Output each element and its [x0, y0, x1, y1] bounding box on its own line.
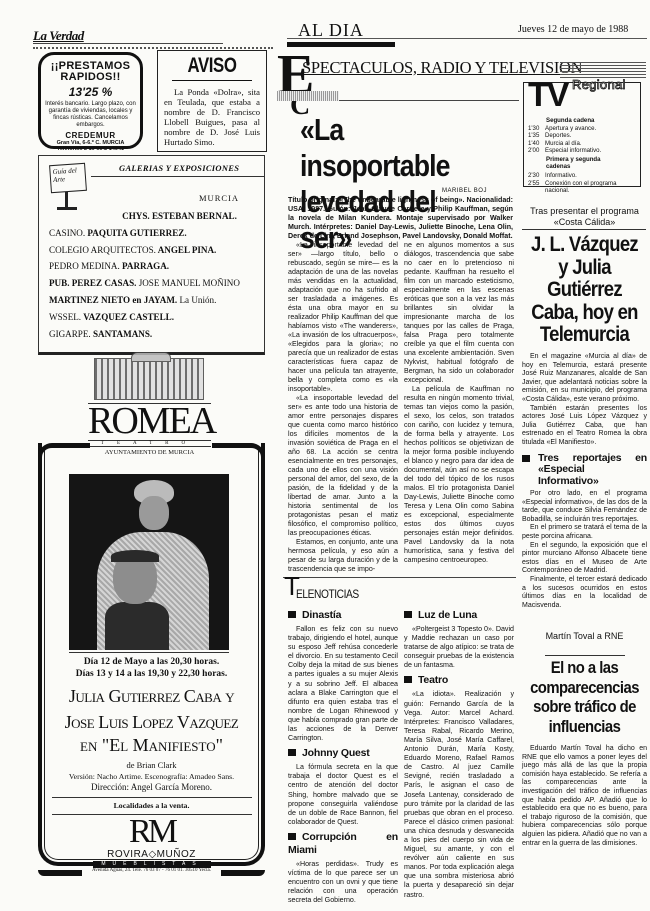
dateline: Jueves 12 de mayo de 1988	[518, 24, 628, 35]
list-item: CHYS. ESTEBAN BERNAL.	[49, 208, 264, 225]
sponsor-address: Avenida Aguas, 24. Telé. 76 03 07 - 76 0…	[82, 868, 221, 873]
film-credits: Título original: «The unbearable lightne…	[288, 196, 513, 241]
frame-bar-right	[221, 870, 265, 876]
show-dates: Día 12 de Mayo a las 20,30 horas. Días 1…	[44, 656, 259, 680]
ad-details: Interés bancario. Largo plazo, con garan…	[41, 101, 140, 129]
frame-bar-left	[38, 870, 82, 876]
kicker-rule	[522, 229, 646, 230]
galleries-listing: Guía del Arte GALERIAS Y EXPOSICIONES MU…	[38, 155, 265, 355]
galleries-city: MURCIA	[199, 193, 239, 203]
story-body: En el magazine «Murcia al día» de hoy en…	[522, 353, 647, 610]
ad-phones: Teléfonos 2 10 66-2 14941	[41, 146, 140, 152]
schedule-row: 2'00Especial informativo.	[528, 147, 638, 154]
prestamos-ad: ¡¡PRESTAMOS RAPIDOS!! 13'25 % Interés ba…	[38, 52, 143, 149]
show-director: Dirección: Angel García Moreno.	[44, 782, 259, 792]
channel-label: Segunda cadena	[528, 117, 638, 124]
program-heading: Corrupción en Miami	[288, 831, 398, 857]
channel-label: Primera y segunda cadenas	[528, 156, 608, 170]
telenoticias-title: ELENOTICIAS	[296, 587, 359, 601]
bullet-square-icon	[288, 749, 296, 756]
schedule-row: 2'55Conexión con el programa nacional.	[528, 180, 638, 194]
bullet-square-icon	[288, 611, 296, 618]
show-credits: Versión: Nacho Artime. Escenografía: Ama…	[44, 772, 259, 781]
bullet-square-icon	[522, 455, 530, 462]
section-rule	[287, 38, 647, 39]
art-guide-sign-icon: Guía del Arte	[49, 163, 87, 193]
newspaper-logo: La Verdad	[33, 28, 84, 44]
article-column-2: ne en algunos momentos a sus diálogos, t…	[404, 241, 514, 565]
story-subhead: Tres reportajes en «Especial Informativo…	[522, 453, 647, 488]
romea-rule	[52, 797, 252, 798]
schedule-row: 1'30Apertura y avance.	[528, 125, 638, 132]
frame-corner-left	[38, 443, 90, 459]
program-heading: Dinastía	[288, 609, 398, 622]
bullet-square-icon	[404, 676, 412, 683]
list-item: COLEGIO ARQUITECTOS. ANGEL PINA.	[49, 242, 264, 259]
story-kicker: Tras presentar el programa «Costa Cálida…	[522, 206, 647, 228]
galleries-list: CHYS. ESTEBAN BERNAL. CASINO. PAQUITA GU…	[49, 208, 264, 342]
bullet-square-icon	[404, 611, 412, 618]
story-kicker: Martín Toval a RNE	[522, 631, 647, 642]
photo-man-body	[105, 602, 169, 650]
show-author: de Brian Clark	[44, 760, 259, 770]
aviso-rule	[172, 80, 252, 81]
list-item: CASINO. PAQUITA GUTIERREZ.	[49, 225, 264, 242]
theatre-building-icon	[94, 358, 204, 400]
telenoticias-rule	[283, 577, 516, 578]
aviso-notice: AVISO La Ponda «Dolra», sita en Teulada,…	[157, 50, 267, 152]
section-lines	[560, 62, 646, 78]
telenoticias-column-2: Luz de Luna «Poltergeist 3 Topesto 0». D…	[404, 605, 514, 900]
program-heading: Teatro	[404, 674, 514, 687]
show-title: en "El Manifiesto"	[44, 735, 259, 756]
program-heading: Luz de Luna	[404, 609, 514, 622]
tv-schedule: Segunda cadena 1'30Apertura y avance. 1'…	[528, 117, 638, 194]
tickets-note: Localidades a la venta.	[44, 801, 259, 810]
article-column-1: «La insoportable levedad del ser» —largo…	[288, 241, 398, 574]
photo-man-hair	[111, 550, 159, 562]
sponsor-name: ROVIRA◇MUÑOZ	[44, 849, 259, 860]
photo-woman-face	[139, 496, 169, 530]
schedule-row: 2'30Informativo.	[528, 172, 638, 179]
section-title: SPECTACULOS, RADIO Y TELEVISION	[302, 58, 582, 78]
sponsor-logo: RM	[44, 815, 259, 849]
sign-post	[65, 192, 68, 208]
program-heading: Johnny Quest	[288, 747, 398, 760]
aviso-body: La Ponda «Dolra», sita en Teulada, que e…	[164, 87, 260, 147]
list-item: PEDRO MEDINA. PARRAGA.	[49, 258, 264, 275]
story-headline: J. L. Vázquez y Julia Gutiérrez Caba, ho…	[530, 234, 640, 347]
ad-brand: CREDEMUR	[41, 131, 140, 140]
schedule-row: 1'40Murcia al día.	[528, 140, 638, 147]
story-headline: El no a las comparecencias sobre tráfico…	[528, 659, 641, 737]
bullet-square-icon	[288, 833, 296, 840]
schedule-row: 1'35Deportes.	[528, 132, 638, 139]
galleries-heading: GALERIAS Y EXPOSICIONES	[107, 163, 265, 173]
tv-logo: TV	[528, 80, 567, 110]
ad-rate: 13'25 %	[41, 85, 140, 99]
actors-photo	[69, 474, 229, 650]
romea-logo: ROMEA	[88, 404, 211, 438]
romea-rule	[69, 652, 229, 653]
masthead-rule	[33, 43, 223, 44]
list-item: PUB. PEREZ CASAS. JOSE MANUEL MOÑINO	[49, 275, 264, 292]
list-item: MARTINEZ NIETO en JAYAM. La Unión.	[49, 292, 264, 309]
tv-regional-label: Regional	[572, 77, 626, 92]
article-byline: MARIBEL BOJ	[442, 188, 487, 194]
subsection-rule	[339, 100, 519, 101]
list-item: WSSEL. VAZQUEZ CASTELL.	[49, 309, 264, 326]
show-cast: Julia Gutierrez Caba y Jose Luis Lopez V…	[44, 683, 259, 735]
ad-headline: ¡¡PRESTAMOS RAPIDOS!!	[41, 61, 140, 83]
story-body: Eduardo Martín Toval ha dicho en RNE que…	[522, 745, 647, 848]
aviso-title: AVISO	[174, 54, 251, 78]
list-item: GIGARPE. SANTAMANS.	[49, 326, 264, 343]
sponsor-sub: MUEBLISTAS	[93, 861, 211, 868]
frame-corner-right	[212, 443, 265, 459]
telenoticias-column-1: Dinastía Fallon es feliz con su nuevo tr…	[288, 605, 398, 905]
subsection-band: CINE	[277, 91, 339, 101]
galleries-heading-rule	[91, 176, 265, 177]
kicker-rule	[545, 655, 625, 656]
